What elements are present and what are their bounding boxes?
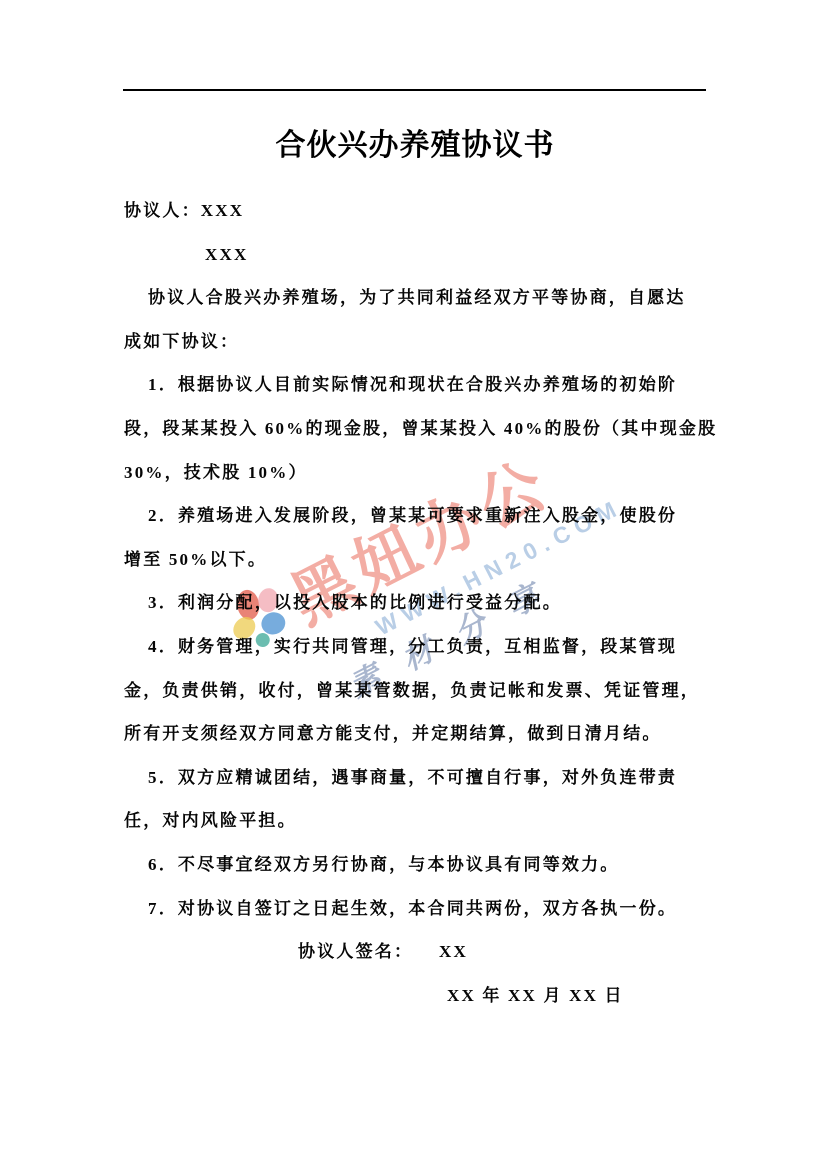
doc-line-party2: XXX (124, 233, 764, 277)
doc-line-date: XX 年 XX 月 XX 日 (124, 974, 764, 1018)
doc-line-item1-1: 1．根据协议人目前实际情况和现状在合股兴办养殖场的初始阶 (124, 363, 764, 407)
doc-line-preamble-2: 成如下协议： (124, 320, 764, 364)
document-body: 协议人：XXX XXX 协议人合股兴办养殖场，为了共同利益经双方平等协商，自愿达… (124, 189, 764, 1017)
title-rule (123, 89, 706, 91)
doc-line-item5-2: 任，对内风险平担。 (124, 799, 764, 843)
doc-line-signature: 协议人签名： XX (124, 930, 764, 974)
doc-line-item4-3: 所有开支须经双方同意方能支付，并定期结算，做到日清月结。 (124, 712, 764, 756)
doc-line-item5-1: 5．双方应精诚团结，遇事商量，不可擅自行事，对外负连带责 (124, 756, 764, 800)
doc-line-item3: 3．利润分配，以投入股本的比例进行受益分配。 (124, 581, 764, 625)
page-title: 合伙兴办养殖协议书 (124, 120, 706, 164)
doc-line-item2-1: 2．养殖场进入发展阶段，曾某某可要求重新注入股金，使股份 (124, 494, 764, 538)
doc-line-item6: 6．不尽事宜经双方另行协商，与本协议具有同等效力。 (124, 843, 764, 887)
doc-line-item1-3: 30%，技术股 10%） (124, 451, 764, 495)
doc-line-item7: 7．对协议自签订之日起生效，本合同共两份，双方各执一份。 (124, 887, 764, 931)
doc-line-item2-2: 增至 50%以下。 (124, 538, 764, 582)
doc-line-item4-1: 4．财务管理，实行共同管理，分工负责，互相监督，段某管现 (124, 625, 764, 669)
doc-line-item1-2: 段，段某某投入 60%的现金股，曾某某投入 40%的股份（其中现金股 (124, 407, 764, 451)
doc-line-parties: 协议人：XXX (124, 189, 764, 233)
document-page: 黑妞办公 WWW.HN20.COM 素材分享 合伙兴办养殖协议书 协议人：XXX… (0, 0, 827, 1169)
doc-line-preamble-1: 协议人合股兴办养殖场，为了共同利益经双方平等协商，自愿达 (124, 276, 764, 320)
doc-line-item4-2: 金，负责供销，收付，曾某某管数据，负责记帐和发票、凭证管理， (124, 669, 764, 713)
